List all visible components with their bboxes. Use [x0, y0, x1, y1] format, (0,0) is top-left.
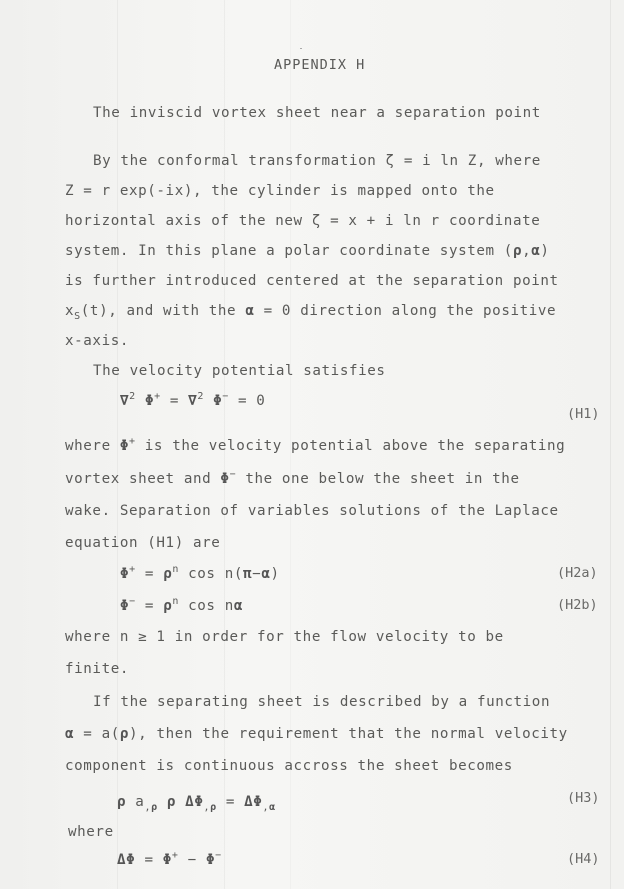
- document-page: APPENDIX H The inviscid vortex sheet nea…: [0, 0, 624, 889]
- p1-line-4: system. In this plane a polar coordinate…: [65, 242, 550, 260]
- equation-H2b: Φ− = ρn cos nα: [120, 597, 243, 615]
- p1-line-5: is further introduced centered at the se…: [65, 272, 559, 290]
- page-fold-line: [610, 0, 611, 889]
- p3-line-3: wake. Separation of variables solutions …: [65, 502, 559, 520]
- p1-line-7: x-axis.: [65, 332, 129, 350]
- p1-line-6: xS(t), and with the α = 0 direction alon…: [65, 302, 556, 320]
- speck: [300, 48, 302, 49]
- p1-line-1: By the conformal transformation ζ = i ln…: [93, 152, 541, 170]
- p5-line-2: α = a(ρ), then the requirement that the …: [65, 725, 568, 743]
- equation-label-H2b: (H2b): [557, 597, 598, 613]
- equation-H4: ΔΦ = Φ+ − Φ−: [117, 851, 222, 869]
- equation-H1: ∇2 Φ+ = ∇2 Φ− = 0: [120, 392, 265, 410]
- p5-line-1: If the separating sheet is described by …: [93, 693, 550, 711]
- equation-label-H4: (H4): [567, 851, 600, 867]
- p4-line-1: where n ≥ 1 in order for the flow veloci…: [65, 628, 504, 646]
- equation-label-H1: (H1): [567, 406, 600, 422]
- p3-line-1: where Φ+ is the velocity potential above…: [65, 437, 565, 455]
- where-label: where: [68, 823, 114, 841]
- equation-H3: ρ a,ρ ρ ΔΦ,ρ = ΔΦ,α: [117, 793, 276, 811]
- equation-label-H2a: (H2a): [557, 565, 598, 581]
- p2-intro: The velocity potential satisfies: [93, 362, 386, 380]
- equation-H2a: Φ+ = ρn cos n(π−α): [120, 565, 280, 583]
- appendix-heading: APPENDIX H: [274, 56, 365, 74]
- p1-line-2: Z = r exp(-ix), the cylinder is mapped o…: [65, 182, 495, 200]
- appendix-title: The inviscid vortex sheet near a separat…: [93, 104, 541, 122]
- p5-line-3: component is continuous accross the shee…: [65, 757, 513, 775]
- p4-line-2: finite.: [65, 660, 129, 678]
- p3-line-2: vortex sheet and Φ− the one below the sh…: [65, 470, 520, 488]
- p3-line-4: equation (H1) are: [65, 534, 220, 552]
- equation-label-H3: (H3): [567, 790, 600, 806]
- p1-line-3: horizontal axis of the new ζ = x + i ln …: [65, 212, 540, 230]
